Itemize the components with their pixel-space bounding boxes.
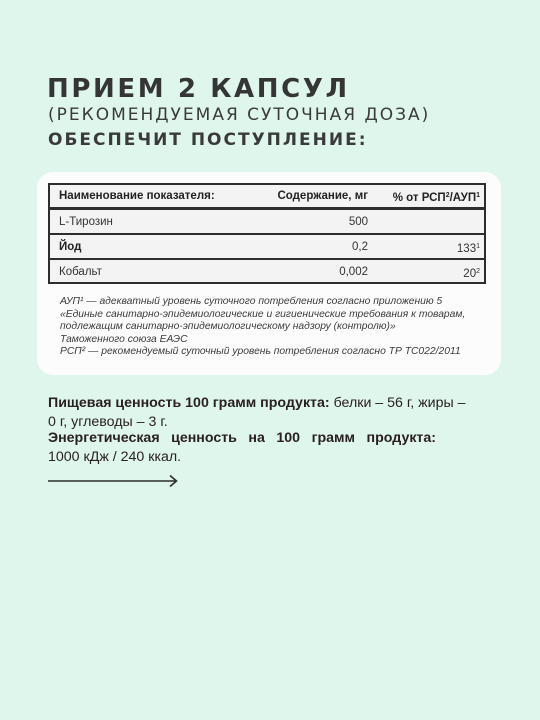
- table-row: L-Тирозин 500: [50, 210, 484, 235]
- column-header-percent: % от РСП2/АУП1: [393, 185, 480, 209]
- footnote-line: подлежащим санитарно-эпидемиологическому…: [60, 321, 490, 334]
- energy-value: Энергетическая ценность на 100 грамм про…: [48, 429, 488, 467]
- column-header-percent-aup: /АУП: [450, 192, 476, 204]
- nutrition-value: Пищевая ценность 100 грамм продукта: бел…: [48, 394, 488, 432]
- row-percent: 202: [463, 260, 480, 286]
- subtitle-provides: ОБЕСПЕЧИТ ПОСТУПЛЕНИЕ:: [48, 130, 368, 150]
- column-header-percent-rsp: % от РСП: [393, 192, 446, 204]
- row-name: Кобальт: [59, 260, 102, 284]
- column-header-amount: Содержание, мг: [277, 185, 368, 207]
- table-row: Йод 0,2 1331: [50, 235, 484, 260]
- energy-label: Энергетическая ценность на 100 грамм про…: [48, 429, 436, 448]
- row-percent-value: 20: [463, 268, 476, 280]
- row-amount: 500: [349, 210, 368, 234]
- composition-card: Наименование показателя: Содержание, мг …: [37, 172, 501, 375]
- energy-value-text: 1000 кДж / 240 ккал.: [48, 449, 181, 465]
- footnote-line: РСП² — рекомендуемый суточный уровень по…: [60, 346, 490, 359]
- nutrition-label: Пищевая ценность 100 грамм продукта:: [48, 395, 330, 411]
- footnote-line: АУП¹ — адекватный уровень суточного потр…: [60, 296, 490, 309]
- footnote-line: «Единые санитарно-эпидемиологические и г…: [60, 309, 490, 322]
- row-percent: 1331: [457, 235, 480, 261]
- row-amount: 0,002: [339, 260, 368, 284]
- page-title: ПРИЕМ 2 КАПСУЛ: [47, 74, 350, 104]
- table-header-row: Наименование показателя: Содержание, мг …: [50, 185, 484, 210]
- row-name: L-Тирозин: [59, 210, 113, 234]
- nutrition-value-text-2: 0 г, углеводы – 3 г.: [48, 414, 168, 430]
- nutrition-value-text: белки – 56 г, жиры –: [330, 395, 466, 411]
- row-percent-value: 133: [457, 243, 476, 255]
- footnotes: АУП¹ — адекватный уровень суточного потр…: [60, 296, 490, 359]
- column-header-name: Наименование показателя:: [59, 185, 215, 207]
- row-name: Йод: [59, 235, 81, 259]
- arrow-right-icon: [47, 474, 179, 488]
- subtitle-dose: (РЕКОМЕНДУЕМАЯ СУТОЧНАЯ ДОЗА): [48, 105, 430, 125]
- footnote-mark: 1: [476, 192, 480, 199]
- footnote-mark: 2: [476, 268, 480, 275]
- composition-table: Наименование показателя: Содержание, мг …: [48, 183, 486, 284]
- table-row: Кобальт 0,002 202: [50, 260, 484, 282]
- footnote-mark: 1: [476, 243, 480, 250]
- row-amount: 0,2: [352, 235, 368, 259]
- footnote-line: Таможенного союза ЕАЭС: [60, 334, 490, 347]
